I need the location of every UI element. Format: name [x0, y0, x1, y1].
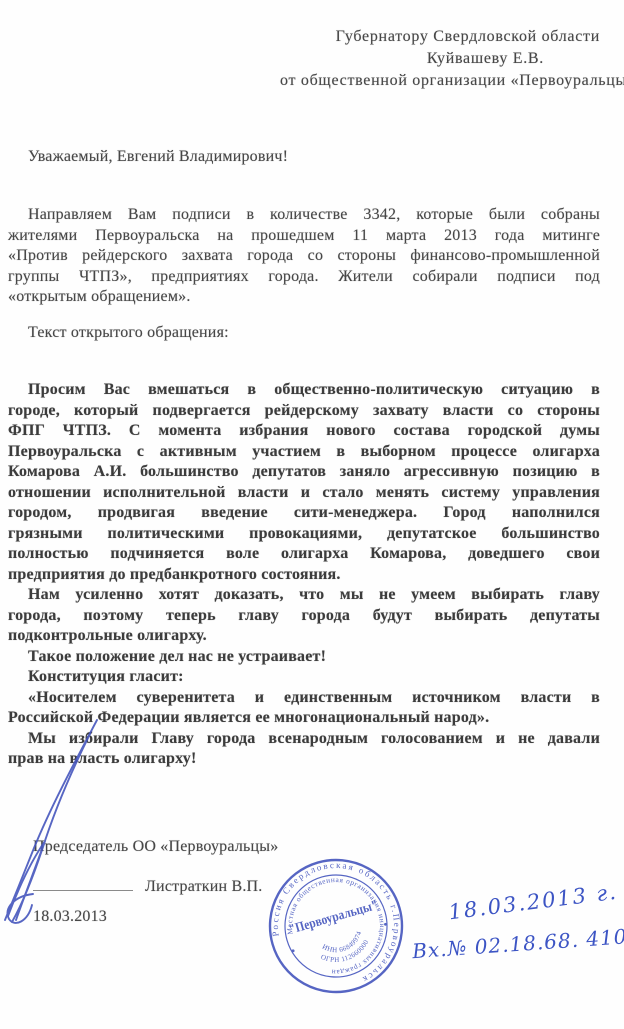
appeal-line: Российской Федерации является ее многона… — [8, 708, 600, 729]
intro-paragraph: Направляем Вам подписи в количестве 3342… — [8, 205, 600, 308]
appeal-line: Такое положение дел нас не устраивает! — [8, 647, 600, 668]
recipient-line-1: Губернатору Свердловской области — [280, 26, 600, 48]
signer-title: Председатель ОО «Первоуральцы» — [33, 837, 278, 858]
appeal-line: грязными политическими провокациями, деп… — [8, 524, 600, 545]
appeal-line: городом, продвигая введение сити-менедже… — [8, 503, 600, 524]
handwritten-registration-number: Вх.№ 02.18.68. 410/1 — [411, 923, 624, 963]
appeal-line: подконтрольные олигарху. — [8, 626, 600, 647]
appeal-line: Просим Вас вмешаться в общественно-полит… — [8, 380, 600, 401]
appeal-line: Нам усиленно хотят доказать, что мы не у… — [8, 585, 600, 606]
appeal-line: городе, который подвергается рейдерскому… — [8, 401, 600, 422]
letter-page: Губернатору Свердловской области Куйваше… — [0, 0, 624, 1029]
stamp-center-name: "Первоуральцы" — [287, 897, 380, 937]
appeal-line: «Носителем суверенитета и единственным и… — [8, 688, 600, 709]
appeal-line: предприятия до предбанкротного состояния… — [8, 565, 600, 586]
appeal-line: города, поэтому теперь главу города буду… — [8, 606, 600, 627]
appeal-line: Комарова А.И. большинство депутатов заня… — [8, 462, 600, 483]
handwritten-date-note: 18.03.2013 г. — [447, 880, 619, 925]
salutation: Уважаемый, Евгений Владимирович! — [8, 147, 600, 168]
stamp-graphic: Россия Свердловская область г.Первоураль… — [265, 855, 407, 997]
recipient-line-3: от общественной организации «Первоуральц… — [280, 70, 600, 92]
appeal-line: Первоуральска с активным участием в выбо… — [8, 442, 600, 463]
recipient-block: Губернатору Свердловской области Куйваше… — [280, 26, 600, 92]
appeal-line: Мы избирали Главу города всенародным гол… — [8, 729, 600, 750]
appeal-line: ФПГ ЧТПЗ. С момента избрания нового сост… — [8, 421, 600, 442]
paragraph-line: «открытым обращением». — [8, 287, 600, 308]
organization-stamp: Россия Свердловская область г.Первоураль… — [265, 855, 407, 997]
recipient-line-2: Куйвашеву Е.В. — [280, 48, 600, 70]
appeal-line: отношении исполнительной власти и стало … — [8, 483, 600, 504]
appeal-line: прав на власть олигарху! — [8, 749, 600, 770]
appeal-body: Просим Вас вмешаться в общественно-полит… — [8, 380, 600, 770]
signer-name: Листраткин В.П. — [145, 878, 263, 895]
paragraph-line: «Против рейдерского захвата города со ст… — [8, 246, 600, 267]
appeal-line: Конституция гласит: — [8, 667, 600, 688]
signature-underline — [33, 874, 133, 891]
letter-date: 18.03.2013 — [33, 907, 107, 928]
open-text-label: Текст открытого обращения: — [8, 323, 600, 344]
paragraph-line: Направляем Вам подписи в количестве 3342… — [8, 205, 600, 226]
paragraph-line: жителями Первоуральска на прошедшем 11 м… — [8, 226, 600, 247]
paragraph-line: группы ЧТПЗ», предприятиях города. Жител… — [8, 267, 600, 288]
signature-row: Листраткин В.П. — [33, 874, 263, 895]
appeal-line: полностью подчиняется воле олигарха Кома… — [8, 544, 600, 565]
